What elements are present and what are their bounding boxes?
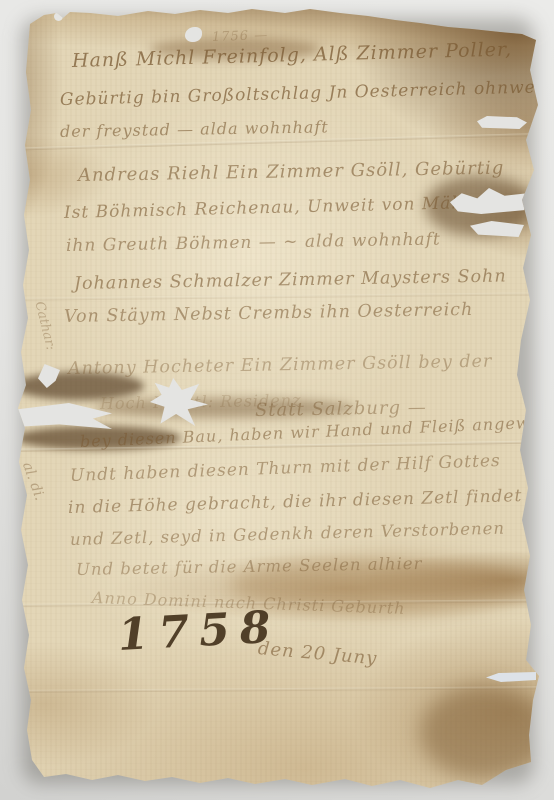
- manuscript-line: Undt haben diesen Thurn mit der Hilf Got…: [70, 451, 501, 486]
- manuscript-line: der freystad — alda wohnhaft: [60, 117, 329, 141]
- date-line: den 20 Juny: [257, 638, 378, 669]
- manuscript-line: in die Höhe gebracht, die ihr diesen Zet…: [68, 486, 523, 518]
- manuscript-line: Andreas Riehl Ein Zimmer Gsöll, Gebürtig: [78, 158, 505, 186]
- torn-hole: [477, 116, 527, 129]
- manuscript-line: Johannes Schmalzer Zimmer Maysters Sohn: [74, 266, 507, 294]
- manuscript-line: Statt Salzburg —: [255, 397, 427, 421]
- manuscript-paper: 1756 — Hanß Michl Freinfolg, Alß Zimmer …: [0, 0, 554, 800]
- manuscript-line: Hanß Michl Freinfolg, Alß Zimmer Poller,: [72, 38, 513, 72]
- torn-hole: [54, 12, 63, 21]
- margin-note: Cathar:: [31, 300, 58, 352]
- manuscript-line: und Zetl, seyd in Gedenkh deren Verstorb…: [70, 519, 505, 549]
- header-scribble: 1756 —: [212, 28, 269, 45]
- manuscript-line: Von Stäym Nebst Crembs ihn Oesterreich: [64, 300, 474, 327]
- document-photo: 1756 — Hanß Michl Freinfolg, Alß Zimmer …: [0, 0, 554, 800]
- manuscript-line: Gebürtig bin Großoltschlag Jn Oesterreic…: [60, 77, 550, 110]
- manuscript-line: ihn Greuth Böhmen — ~ alda wohnhaft: [66, 229, 441, 256]
- manuscript-line: Antony Hocheter Ein Zimmer Gsöll bey der: [68, 352, 493, 379]
- torn-hole: [486, 672, 536, 682]
